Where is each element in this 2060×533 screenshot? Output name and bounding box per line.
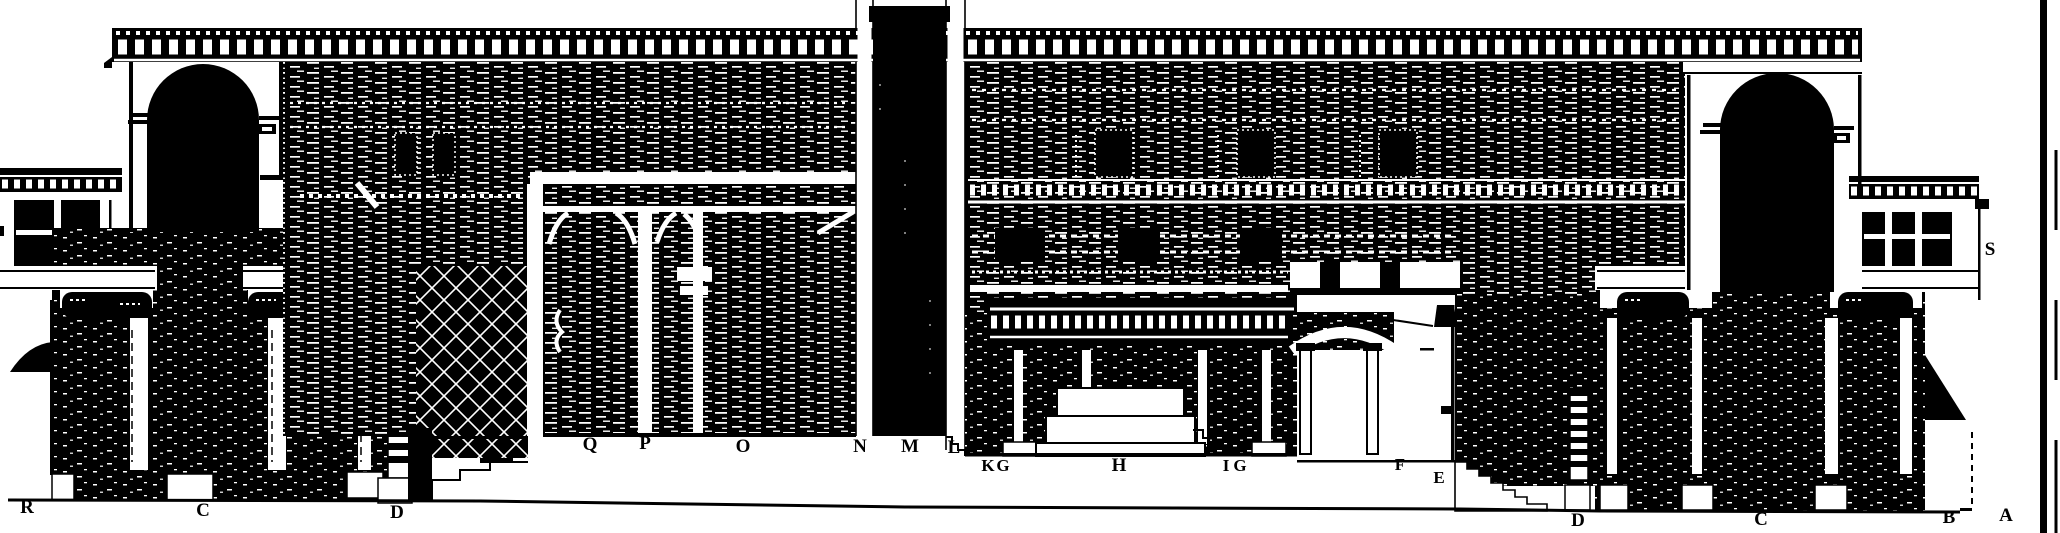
plate-label-i: I <box>1223 456 1230 475</box>
plate-label-b: B <box>1943 507 1956 528</box>
ciborium-column-4 <box>1262 350 1271 444</box>
west-wall-masonry <box>283 62 856 436</box>
east-portico-column-1 <box>1300 350 1311 454</box>
plate-label-s: S <box>1985 239 1996 260</box>
ciborium-column-1 <box>1014 350 1023 444</box>
plate-label-d-right: D <box>1571 510 1585 531</box>
right-pedestal-4 <box>1815 485 1847 510</box>
left-pedestal-1 <box>52 474 74 500</box>
east-floor-line <box>965 453 1297 457</box>
plate-label-l: L <box>948 437 961 458</box>
plate-label-k: K <box>981 456 995 475</box>
east-portico <box>1288 295 1465 463</box>
plate-label-p: P <box>639 433 651 454</box>
plate-label-q: Q <box>583 434 598 455</box>
east-portico-floor-line <box>1297 460 1465 463</box>
clerestory-window-3 <box>1379 130 1417 177</box>
central-tower <box>856 0 965 456</box>
plate-label-m: M <box>901 436 919 457</box>
right-column-2 <box>1692 318 1702 474</box>
plate-label-n: N <box>853 436 867 457</box>
portico-post-1 <box>527 184 543 436</box>
plate-label-d-left: D <box>390 502 404 523</box>
basilica-section-drawing: SRCDQPONMLKGHIGFEDCBA <box>0 0 2060 533</box>
plate-label-c-left: C <box>196 500 210 521</box>
plate-label-a: A <box>1999 505 2013 526</box>
portico-post-2 <box>638 212 652 436</box>
plate-border-outer <box>2040 0 2047 533</box>
portico-post-3 <box>693 212 703 436</box>
ciborium <box>965 298 1297 457</box>
left-wing-cymatium <box>0 168 122 175</box>
portico-opening-1 <box>677 267 712 281</box>
right-column-3 <box>1825 318 1838 474</box>
tower-gap-east <box>946 0 965 456</box>
west-nave-wall <box>283 62 856 463</box>
left-pedestal-4 <box>378 478 412 503</box>
clerestory-window-1 <box>1095 130 1133 177</box>
left-pedestal-2 <box>167 474 213 500</box>
right-column-1 <box>1607 318 1617 474</box>
right-column-4 <box>1900 318 1912 474</box>
plate-label-e: E <box>1433 468 1444 487</box>
plate-label-h: H <box>1112 455 1127 476</box>
tower-shaft <box>873 8 946 436</box>
portico-opening-2 <box>680 286 708 295</box>
triforium-opening-3 <box>1240 228 1282 262</box>
right-colonnade <box>1565 266 1966 511</box>
plate-label-f: F <box>1395 455 1405 474</box>
right-pedestal-1 <box>1565 485 1590 510</box>
right-capital-2-icon <box>1838 292 1913 318</box>
plate-label-r: R <box>20 497 34 518</box>
west-wall-window-1 <box>395 133 417 175</box>
plate-label-g-2: G <box>1233 456 1246 475</box>
right-pedestal-2 <box>1600 485 1628 510</box>
clerestory-window-2 <box>1237 130 1275 177</box>
portico-beam <box>530 172 856 184</box>
triforium-opening-2 <box>1118 228 1160 262</box>
engraving-plate: SRCDQPONMLKGHIGFEDCBA <box>0 0 2060 533</box>
west-wall-window-2 <box>433 133 455 175</box>
east-frieze <box>1290 262 1460 288</box>
right-capital-1-icon <box>1617 292 1689 318</box>
left-edge-mark <box>0 226 4 236</box>
portico-architrave <box>530 206 856 212</box>
right-barrel-vault-icon <box>1720 73 1834 292</box>
tower-gap-west <box>856 0 873 436</box>
plate-label-c-right: C <box>1754 509 1768 530</box>
right-wing-edge <box>1978 199 1981 300</box>
east-portico-column-2 <box>1367 350 1378 454</box>
east-nave-wall <box>965 62 1685 312</box>
right-banded-colonnette <box>1567 388 1591 480</box>
right-wing-cymatium <box>1849 176 1979 182</box>
right-vault-block <box>1683 62 1862 292</box>
plate-label-o: O <box>736 436 751 457</box>
plate-label-g-1: G <box>996 456 1009 475</box>
lattice-screen <box>416 266 528 458</box>
triforium-opening-1 <box>995 228 1045 262</box>
right-colonnade-mass <box>1595 292 1925 511</box>
right-pedestal-3 <box>1682 485 1713 510</box>
